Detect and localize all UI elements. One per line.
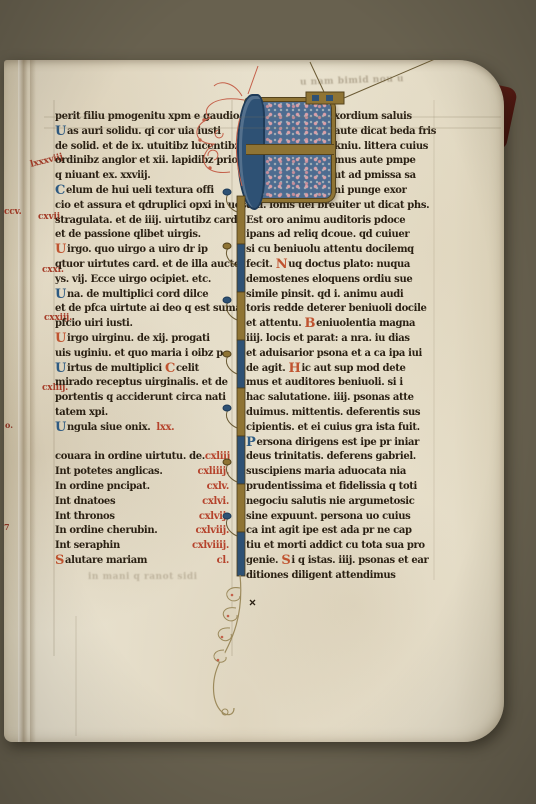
text-line: ys. vij. Ecce uirgo ocipiet. etc. <box>55 273 233 288</box>
text-line: q niuant ex. xxviij. <box>55 169 233 184</box>
text-line: fecit. Nuq doctus plato: nuqua <box>246 258 434 273</box>
gutter-crease <box>18 60 28 742</box>
bar-border-ornament <box>237 196 245 576</box>
text-line: ordinibz anglor et xii. lapidibz priosis <box>55 154 233 169</box>
edge-mark: o. <box>5 420 13 430</box>
text-line: iiij. locis et parat: a nra. iu dias <box>246 332 434 347</box>
text-line: Uirgo uirginu. de xij. progati <box>55 332 233 347</box>
text-line: si cu beniuolu attentu docilemq <box>246 243 434 258</box>
text-line: tatem xpi. <box>55 406 233 421</box>
text-line: negociu salutis nie argumetosic <box>246 495 434 510</box>
text-line: demostenes eloquens ordiu sue <box>246 273 434 288</box>
text-line: duimus. mittentis. deferentis sus <box>246 406 434 421</box>
text-line: simile pinsit. qd i. animu audi <box>246 288 434 303</box>
text-line: uis uginiu. et quo maria i oibz p <box>55 347 233 362</box>
text-line: Int potetes anglicas.cxliiij. <box>55 465 233 480</box>
text-line: et de pfca uirtute ai deo q est suma <box>55 302 233 317</box>
text-line: pfcio uiri iusti. <box>55 317 233 332</box>
text-line: qtuor uirtutes card. et de illa aucte <box>55 258 233 273</box>
showthrough-text: u nam bimid nou u <box>300 74 404 88</box>
manuscript-page: u nam bimid nou u in mani q ranot sidi l… <box>4 60 504 742</box>
text-line: ditiones diligent attendimus <box>246 569 434 584</box>
text-line: et aduisarior psona et a ca ipa iui <box>246 347 434 362</box>
text-line: Int thronoscxlvij. <box>55 510 233 525</box>
text-line: perit filiu pmogenitu xpm e gaudio, <box>55 110 233 125</box>
text-line: toris redde deterer beniuoli docile <box>246 302 434 317</box>
edge-mark: 7 <box>4 522 10 532</box>
text-line <box>55 436 233 451</box>
text-line: Persona dirigens est ipe pr iniar <box>246 436 434 451</box>
text-line: stragulata. et de iiij. uirtutibz card. <box>55 214 233 229</box>
text-line: tiu et morti addict cu tota sua pro <box>246 539 434 554</box>
illuminated-initial: E <box>245 98 335 202</box>
text-line: ipans ad reliq dcoue. qd cuiuer <box>246 228 434 243</box>
text-line: Uas auri solidu. qi cor uia iusti <box>55 125 233 140</box>
text-line: et attentu. Beniuolentia magna <box>246 317 434 332</box>
text-line: et de passione qlibet uirgis. <box>55 228 233 243</box>
text-line: de solid. et de ix. utuitibz lucentibz p <box>55 140 233 155</box>
text-line: genie. Si q istas. iiij. psonas et ear <box>246 554 434 569</box>
text-line: cipientis. et ei cuius gra ista fuit. <box>246 421 434 436</box>
text-line: suscipiens maria aduocata nia <box>246 465 434 480</box>
text-line: Ungula siue onix.lxx. <box>55 421 233 436</box>
text-line: mirado receptus uirginalis. et de <box>55 376 233 391</box>
text-line: Celum de hui ueli textura offi <box>55 184 233 199</box>
text-line: In ordine pncipat.cxlv. <box>55 480 233 495</box>
text-line: Uirgo. quo uirgo a uiro dr ip <box>55 243 233 258</box>
text-line: sine expuunt. persona uo cuius <box>246 510 434 525</box>
text-line: Salutare mariamcl. <box>55 554 233 569</box>
text-line: prudentissima et fidelissia q toti <box>246 480 434 495</box>
text-line: Est oro animu auditoris pdoce <box>246 214 434 229</box>
text-line: deus trinitatis. deferens gabriel. <box>246 450 434 465</box>
leaf-flourish-icon <box>214 575 256 715</box>
manuscript-photo: u nam bimid nou u in mani q ranot sidi l… <box>0 0 536 804</box>
text-line: Int seraphincxlviiij. <box>55 539 233 554</box>
margin-chapter-number: ccv. <box>4 207 22 217</box>
initial-gold-bar <box>246 144 334 155</box>
text-line: hac salutatione. iiij. psonas atte <box>246 391 434 406</box>
text-line: mus et auditores beniuoli. si i <box>246 376 434 391</box>
text-line: Una. de multiplici cord dilce <box>55 288 233 303</box>
text-line: Int dnatoescxlvi. <box>55 495 233 510</box>
text-line: In ordine cherubin.cxlviij. <box>55 524 233 539</box>
text-line: de agit. Hic aut sup mod dete <box>246 362 434 377</box>
showthrough-text: in mani q ranot sidi <box>88 572 198 582</box>
text-line: cio et assura et qdruplici opxi in ueste <box>55 199 233 214</box>
text-line: portentis q acciderunt circa nati <box>55 391 233 406</box>
left-text-column: perit filiu pmogenitu xpm e gaudio,Uas a… <box>55 110 233 569</box>
text-line: couara in ordine uirtutu. de.cxliij <box>55 450 233 465</box>
text-line: ca int agit ipe est ada pr ne cap <box>246 524 434 539</box>
text-line: Uirtus de multiplici Ccelit <box>55 362 233 377</box>
